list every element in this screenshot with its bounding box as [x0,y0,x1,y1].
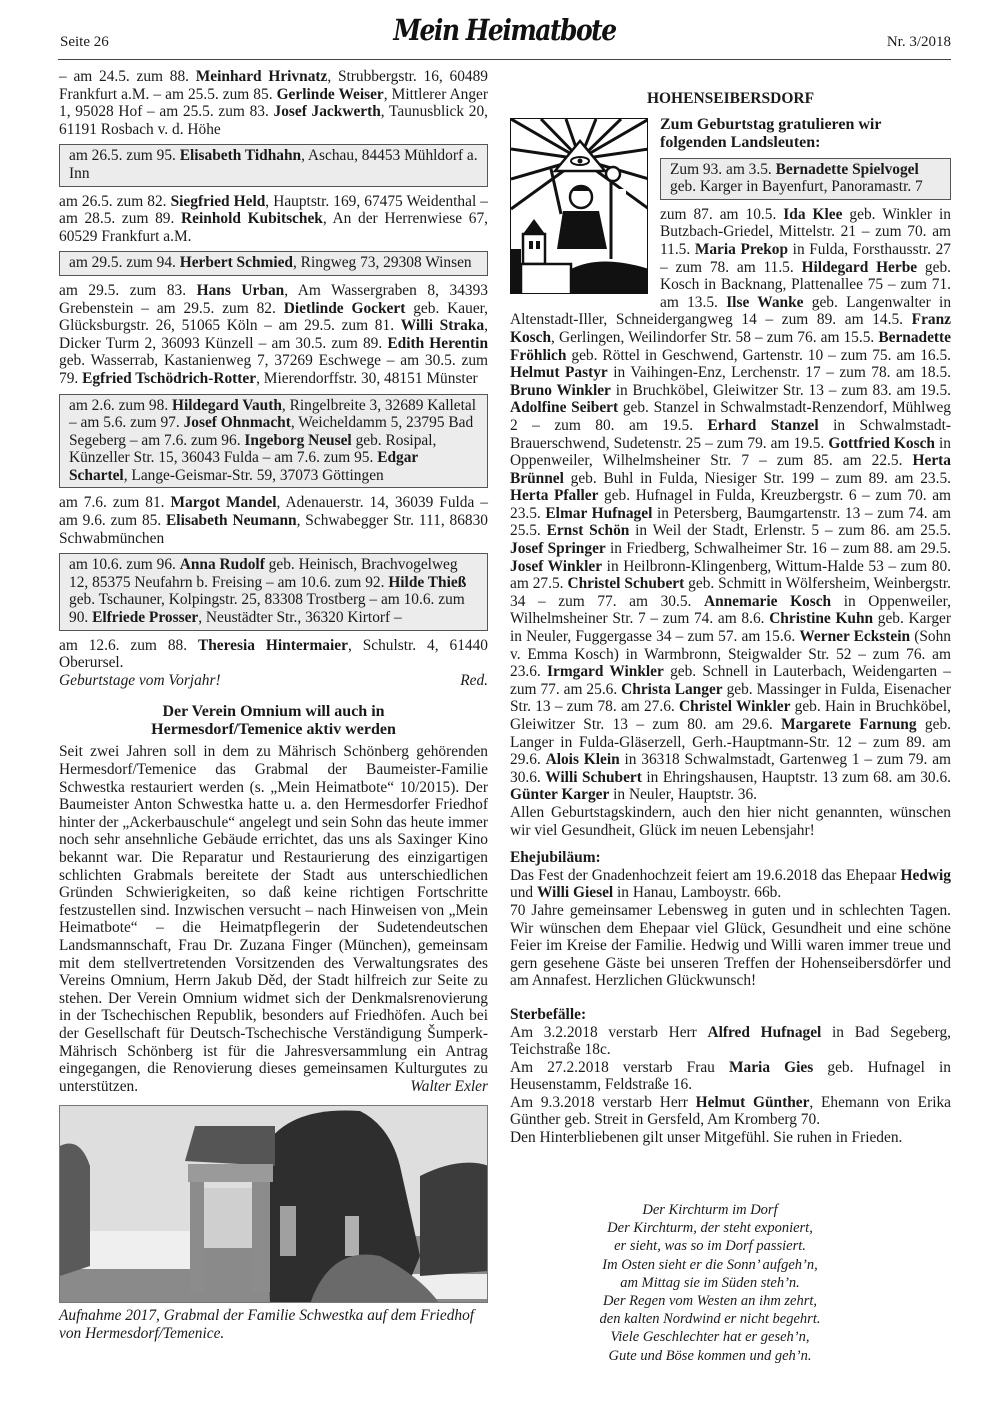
birthday-paragraph: am 12.6. zum 88. Theresia Hintermaier, S… [59,637,488,672]
birthday-paragraph: am 29.5. zum 83. Hans Urban, Am Wassergr… [59,282,488,388]
photo-caption: Aufnahme 2017, Grabmal der Familie Schwe… [59,1307,488,1342]
person-name: Elisabeth Neumann [166,512,297,529]
section-title: HOHENSEIBERSDORF [510,90,951,108]
person-name: Bruno Winkler [510,382,611,399]
person-name: Egfried Tschödrich-Rotter [82,370,256,387]
person-name: Edgar Schartel [69,449,418,484]
note-text: Geburtstage vom Vorjahr! [59,672,221,690]
highlight-box: am 29.5. zum 94. Herbert Schmied, Ringwe… [59,251,488,276]
person-name: Elisabeth Tidhahn [180,147,301,164]
person-name: Hildegard Vauth [172,397,282,414]
highlight-box: am 2.6. zum 98. Hildegard Vauth, Ringelb… [59,394,488,489]
poem-title: Der Kirchturm im Dorf [560,1201,860,1219]
person-name: Christa Langer [621,681,722,698]
person-name: Reinhold Kubitschek [181,210,323,227]
person-name: Christel Schubert [567,575,684,592]
poem-line: den kalten Nordwind er nicht begehrt. [560,1310,860,1328]
person-name: Christine Kuhn [769,610,873,627]
person-name: Adolfine Seibert [510,399,618,416]
article-photo [59,1105,488,1303]
saint-woodcut-icon [511,119,648,294]
person-name: Elmar Hufnagel [545,505,652,522]
condolence: Den Hinterbliebenen gilt unser Mitgefühl… [510,1129,951,1147]
person-name: Maria Gies [729,1059,813,1076]
person-name: Annemarie Kosch [704,593,831,610]
person-name: Bernadette Fröhlich [510,329,951,364]
birthday-wish: Allen Geburtstagskindern, auch den hier … [510,804,951,839]
article-title: Der Verein Omnium will auch in Hermesdor… [59,703,488,739]
person-name: Ingeborg Neusel [244,432,351,449]
person-name: Ernst Schön [547,522,630,539]
highlight-box: am 10.6. zum 96. Anna Rudolf geb. Heinis… [59,553,488,630]
article-author: Walter Exler [410,1078,488,1096]
person-name: Irmgard Winkler [547,663,664,680]
person-name: Margarete Farnung [781,716,916,733]
person-name: Günter Karger [510,786,609,803]
person-name: Margot Mandel [171,494,277,511]
person-name: Dietlinde Gockert [284,300,406,317]
anniversary-paragraph: Das Fest der Gnadenhochzeit feiert am 19… [510,867,951,902]
poem-line: am Mittag sie im Süden steh’n. [560,1274,860,1292]
person-name: Willi Giesel [537,884,613,901]
person-name: Josef Jackwerth [274,103,381,120]
birthday-paragraph: am 7.6. zum 81. Margot Mandel, Adenauers… [59,494,488,547]
person-name: Ilse Wanke [726,294,803,311]
woodcut-illustration [510,118,648,294]
highlight-box: am 26.5. zum 95. Elisabeth Tidhahn, Asch… [59,144,488,186]
poem: Der Kirchturm im Dorf Der Kirchturm, der… [560,1201,860,1365]
anniversary-heading: Ehejubiläum: [510,849,951,867]
person-name: Gottfried Kosch [828,435,935,452]
deaths-heading: Sterbefälle: [510,1006,951,1024]
death-notice: Am 27.2.2018 verstarb Frau Maria Gies ge… [510,1059,951,1094]
person-name: Ida Klee [783,206,842,223]
person-name: Maria Prekop [695,241,788,258]
death-notice: Am 9.3.2018 verstarb Herr Helmut Günther… [510,1094,951,1129]
birthday-paragraph: am 26.5. zum 82. Siegfried Held, Hauptst… [59,193,488,246]
person-name: Theresia Hintermaier [198,637,348,654]
poem-line: Gute und Böse kommen und geh’n. [560,1347,860,1365]
birthday-paragraph: – am 24.5. zum 88. Meinhard Hrivnatz, St… [59,68,488,138]
person-name: Gerlinde Weiser [277,86,384,103]
editor-note: Geburtstage vom Vorjahr! Red. [59,672,488,690]
person-name: Werner Eckstein [799,628,910,645]
person-name: Helmut Pastyr [510,364,608,381]
person-name: Siegfried Held [171,193,266,210]
person-name: Erhard Stanzel [708,417,819,434]
person-name: Willi Schubert [545,769,642,786]
person-name: Meinhard Hrivnatz [196,68,328,85]
person-name: Herta Pfaller [510,487,598,504]
person-name: Josef Ohnmacht [184,414,291,431]
person-name: Edith Herentin [387,335,488,352]
highlight-box: Zum 93. am 3.5. Bernadette Spielvogel ge… [660,158,951,200]
person-name: Elfriede Prosser [92,609,198,626]
masthead-logo: Mein Heimatbote [58,21,951,41]
person-name: Herta Brünnel [510,452,951,487]
article-body: Seit zwei Jahren soll in dem zu Mährisch… [59,743,488,1095]
person-name: Bernadette Spielvogel [776,161,919,178]
person-name: Josef Springer [510,540,606,557]
poem-line: Viele Geschlechter hat er geseh’n, [560,1328,860,1346]
poem-line: Der Regen vom Westen an ihm zehrt, [560,1292,860,1310]
article-title-line: Hermesdorf/Temenice aktiv werden [59,721,488,739]
issue-number: Nr. 3/2018 [887,34,951,52]
person-name: Hedwig [901,867,951,884]
poem-line: er sieht, was so im Dorf passiert. [560,1237,860,1255]
person-name: Josef Winkler [510,558,602,575]
death-notice: Am 3.2.2018 verstarb Herr Alfred Hufnage… [510,1024,951,1059]
anniversary-paragraph: 70 Jahre gemeinsamer Lebensweg in guten … [510,902,951,990]
person-name: Anna Rudolf [180,556,265,573]
person-name: Hans Urban [197,282,285,299]
person-name: Willi Straka [401,317,484,334]
page-header: Seite 26 Mein Heimatbote Nr. 3/2018 [58,20,951,60]
birthday-paragraph: zum 87. am 10.5. Ida Klee geb. Winkler i… [510,206,951,804]
poem-line: Im Osten sieht er die Sonn’ aufgeh’n, [560,1256,860,1274]
person-name: Helmut Günther [696,1094,810,1111]
poem-line: Der Kirchturm, der steht exponiert, [560,1219,860,1237]
article-title-line: Der Verein Omnium will auch in [59,703,488,721]
person-name: Alfred Hufnagel [707,1024,821,1041]
note-author: Red. [460,672,488,690]
left-column: – am 24.5. zum 88. Meinhard Hrivnatz, St… [59,68,488,1342]
cemetery-photo-illustration [60,1106,488,1303]
article-text: Seit zwei Jahren soll in dem zu Mährisch… [59,743,488,1094]
person-name: Christel Winkler [679,698,790,715]
person-name: Herbert Schmied [180,254,293,271]
person-name: Hilde Thieß [388,574,466,591]
person-name: Alois Klein [546,751,620,768]
right-column: HOHENSEIBERSDORF [510,90,951,1147]
person-name: Hildegard Herbe [802,259,918,276]
greeting-section: Zum Geburtstag gratulieren wir folgenden… [510,116,951,804]
